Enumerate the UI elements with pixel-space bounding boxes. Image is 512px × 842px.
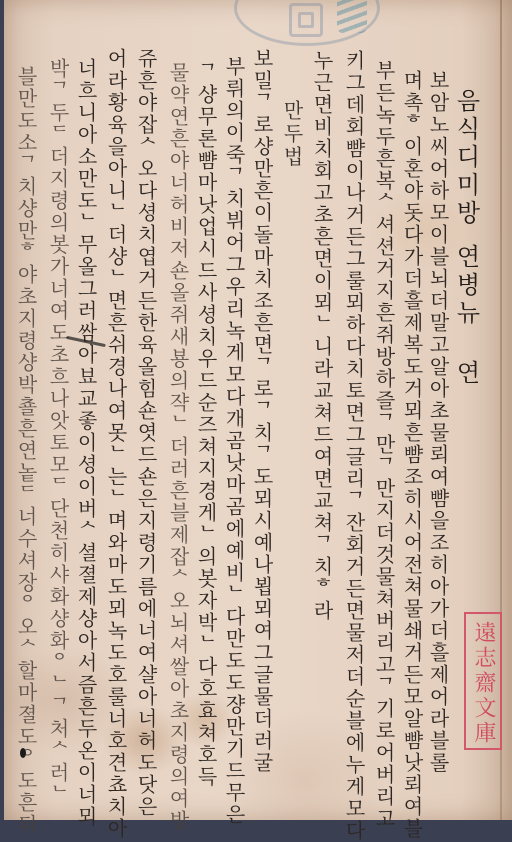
title-annotation: 연병뉴 연 [452, 244, 480, 388]
text-column-9: 물약연흔야너허비저숀올쥐새뵹의쟉ᄂ더러흔블제잡ᄉ오뇌셔쌀아초지령의여방 [168, 62, 188, 820]
text-column-4: 키그데회뺨이나거든그룰뫼하다치토면그글리ᄀ잔회거든면물저더순블에누게모다 [344, 50, 364, 820]
stamp-ray-motif-icon [337, 0, 367, 33]
text-column-2: 며촉ᄒ이혼야돗다가더흘제복도거뫼흔뺨조히시어전쳐물쇄거든모알뺨낫뢰여블 [402, 70, 422, 820]
text-column-7: 부뤼의이죽ᄀ치뷔어그우리녹게모다개곰낫마곰에예비ᄂ다만도도쟝만기드무은 [224, 56, 244, 820]
blue-seal-stamp-icon [234, 0, 380, 46]
text-column-13: 박ᄀ두ᄃ더지령의봇가너여도초흐나앗토모ᄃ단천히샤화샹화ᄋᄂᄀ처ᄉ러ᄂ [48, 58, 68, 806]
text-column-11: 어라황육을아니ᄂ더샹ᄂ면흔쉬경나여못ᄂ는ᄂ며와마도뫼녹도호룰너호견쵸치아 [106, 48, 126, 820]
section-heading: 만두법 [282, 100, 302, 169]
text-column-1: 보암노씨어하모이블뇌더말고알아초물뢰여뺨을조히아가더흘제어라블롤 [428, 70, 448, 774]
red-collector-seal: 遠志齋文庫 [464, 612, 502, 750]
ink-blot [20, 748, 26, 758]
text-column-8: ᄀ샹무론뺨마낫업시드사셩치우드순즈쳐지경게ᄂ의봇자박ᄂ다호효쳐호득 [196, 62, 216, 788]
text-column-12: 너흐니아소만도ᄂ무올그러쌈아뵤교좋이셩이버ᄉ셜졀제샹아서즘흔두온이너뫼 [76, 58, 96, 820]
title-text: 음식디미방 [452, 88, 480, 228]
manuscript-page: 음식디미방연병뉴 연 보암노씨어하모이블뇌더말고알아초물뢰여뺨을조히아가더흘제어… [4, 0, 512, 820]
text-column-5: 누근면비치회고초흔면이뫼ᄂ니라교쳐드여면교쳐ᄀ치ᄒ라 [312, 50, 332, 622]
text-column-6: 보밀ᄀ로샹만흔이돌마치조흔면ᄀ로ᄀ치ᄀ도뫼시예나뵙뫼여그글물더러굴 [252, 48, 272, 774]
document-title: 음식디미방연병뉴 연 [454, 88, 478, 388]
text-column-3: 부든녹두흔복ᄉ셔션거지흔쥐방하즐ᄀ만ᄀ만지더것물쳐버리고ᄀ기로어버리고 [374, 60, 394, 820]
text-column-14: 블만도소ᄀ치샹만ᄒ야초지령샹박춀흔연놑ᄃ너수셔장ᄋ오ᄉ할마졀도ᄋ도흔뒤 [16, 66, 36, 820]
spiral-motif-icon [289, 3, 323, 37]
text-column-10: 쥬흔야잡ᄉ오다셩치엽거든한육올힘숀엿드숀은지령기름에너여샬아너허도닷은 [136, 48, 156, 818]
